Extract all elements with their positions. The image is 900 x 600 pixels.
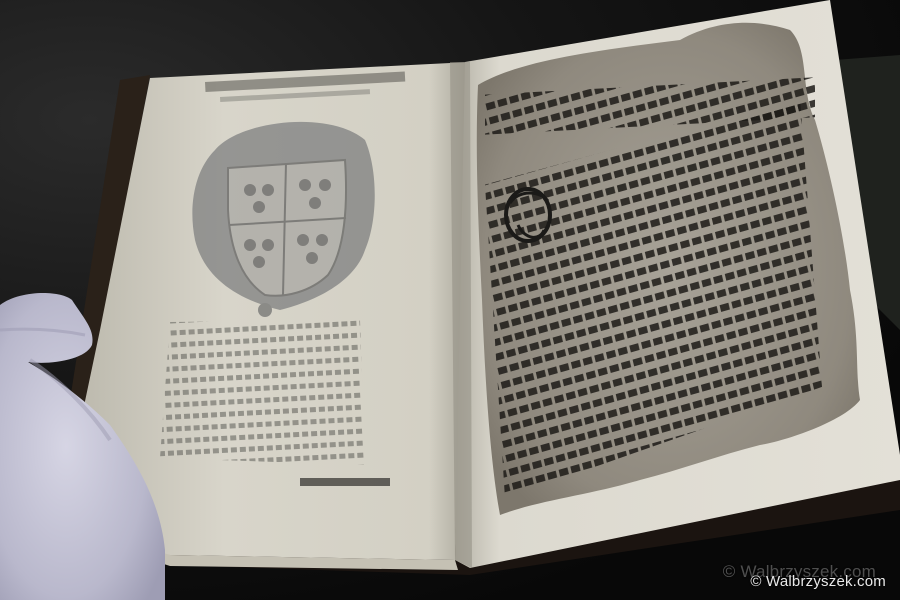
watermark-text: Walbrzyszek.com <box>766 573 886 590</box>
photo-scene: © Walbrzyszek.com © Walbrzyszek.com <box>0 0 900 600</box>
watermark: © Walbrzyszek.com © Walbrzyszek.com <box>750 573 886 590</box>
book-illustration <box>0 0 900 600</box>
watermark-main: © Walbrzyszek.com <box>750 573 886 590</box>
faint-text-block <box>160 320 365 465</box>
copyright-icon: © <box>750 573 761 590</box>
